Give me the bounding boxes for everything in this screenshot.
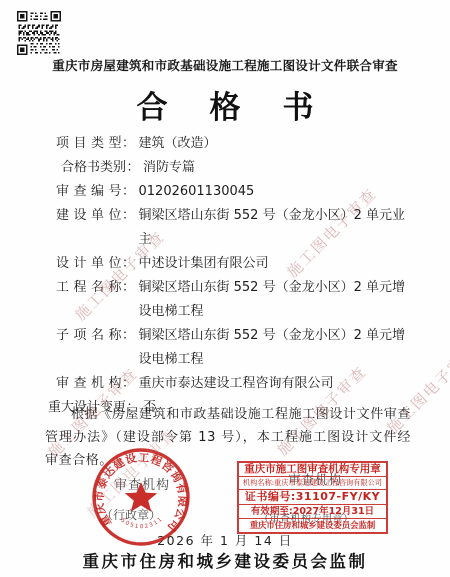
field-label: 设计单位	[46, 252, 126, 276]
field-colon: ：	[122, 132, 136, 156]
rect-agency-stamp: 重庆市施工图审查机构专用章 机构名称:重庆市泰达建设工程咨询有限公司 证书编号:…	[237, 461, 388, 534]
issuing-authority: 重庆市住房和城乡建设委员会监制	[0, 548, 450, 572]
field-list: 项目类型：建筑（改造） 合格书类别：消防专篇 审查编号：012026011300…	[46, 132, 412, 420]
field-label: 审查机构	[46, 372, 126, 396]
field-value: 01202601130045	[139, 180, 413, 204]
field-value: 重庆市泰达建设工程咨询有限公司	[139, 372, 413, 396]
field-label: 审查编号	[46, 180, 126, 204]
field-colon: ：	[122, 372, 136, 396]
field-colon: ：	[122, 324, 136, 348]
document-main-title: 合格书	[0, 82, 450, 127]
stamp-valid-until: 有效期至:2027年12月31日	[239, 504, 386, 518]
field-row-project-type: 项目类型：建筑（改造）	[46, 132, 412, 156]
field-label: 项目类型	[46, 132, 126, 156]
qr-code-icon	[17, 11, 61, 55]
round-official-seal: 重庆市泰达建设工程咨询有限公司 5051023110249	[89, 445, 193, 549]
field-row-review-agency: 审查机构：重庆市泰达建设工程咨询有限公司	[46, 372, 412, 396]
certificate-page: 重庆市房屋建筑和市政基础设施工程施工图设计文件联合审查 合格书 项目类型：建筑（…	[0, 0, 450, 577]
field-row-review-number: 审查编号：01202601130045	[46, 180, 412, 204]
document-header-title: 重庆市房屋建筑和市政基础设施工程施工图设计文件联合审查	[0, 56, 450, 74]
field-label: 工程名称	[46, 276, 126, 300]
field-colon: ：	[122, 180, 136, 204]
stamp-title: 重庆市施工图审查机构专用章	[239, 463, 386, 476]
field-value: 铜梁区塔山东街 552 号（金龙小区）2 单元业主	[139, 204, 413, 252]
seal-star-icon	[125, 482, 157, 512]
field-label: 合格书类别	[46, 156, 126, 180]
field-value: 建筑（改造）	[139, 132, 413, 156]
field-colon: ：	[122, 204, 136, 228]
field-row-project-name: 工程名称：铜梁区塔山东街 552 号（金龙小区）2 单元增设电梯工程	[46, 276, 412, 324]
field-row-construction-unit: 建设单位：铜梁区塔山东街 552 号（金龙小区）2 单元业主	[46, 204, 412, 252]
field-row-design-unit: 设计单位：中述设计集团有限公司	[46, 252, 412, 276]
field-value: 中述设计集团有限公司	[139, 252, 413, 276]
stamp-org-name: 机构名称:重庆市泰达建设工程咨询有限公司	[239, 476, 386, 489]
stamp-cert-number: 证书编号:31107-FY/KY	[239, 489, 386, 504]
field-label: 子项名称	[46, 324, 126, 348]
field-value: 消防专篇	[143, 156, 412, 180]
field-value: 铜梁区塔山东街 552 号（金龙小区）2 单元增设电梯工程	[139, 276, 413, 324]
field-colon: ：	[122, 276, 136, 300]
field-row-certificate-category: 合格书类别：消防专篇	[46, 156, 412, 180]
field-row-subitem-name: 子项名称：铜梁区塔山东街 552 号（金龙小区）2 单元增设电梯工程	[46, 324, 412, 372]
field-label: 建设单位	[46, 204, 126, 228]
field-value: 铜梁区塔山东街 552 号（金龙小区）2 单元增设电梯工程	[139, 324, 413, 372]
field-colon: ：	[122, 252, 136, 276]
stamp-footer: 重庆市住房和城乡建设委员会监制	[239, 518, 386, 532]
field-colon: ：	[126, 156, 140, 180]
